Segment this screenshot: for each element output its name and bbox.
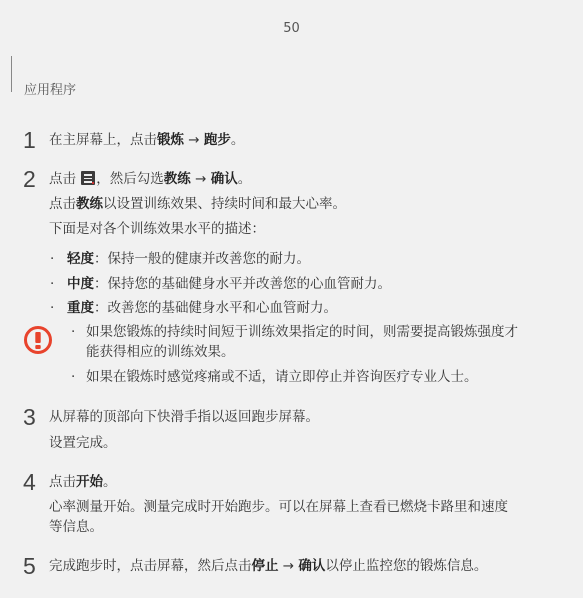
bullet: · — [50, 250, 54, 268]
warning-text: 能获得相应的训练效果。 — [86, 343, 235, 361]
warning-text: 如果在锻炼时感觉疼痛或不适，请立即停止并咨询医疗专业人士。 — [86, 368, 478, 386]
step-number: 4 — [23, 469, 36, 495]
step-text: 点击开始。 — [49, 473, 117, 491]
menu-icon — [81, 171, 95, 185]
arrow: → — [195, 171, 206, 187]
level-desc: ：保持您的基础健身水平并改善您的心血管耐力。 — [94, 276, 391, 292]
text: 点击 — [49, 196, 76, 212]
text: 完成跑步时，点击屏幕，然后点击 — [49, 558, 252, 574]
step-detail: 心率测量开始。测量完成时开始跑步。可以在屏幕上查看已燃烧卡路里和速度 — [49, 498, 508, 516]
ui-term: 停止 — [252, 558, 279, 574]
step-number: 3 — [23, 404, 36, 430]
step-number: 5 — [23, 553, 36, 579]
bullet: · — [50, 299, 54, 317]
step-text: 在主屏幕上，点击锻炼 → 跑步。 — [49, 131, 244, 149]
level-light: 轻度：保持一般的健康并改善您的耐力。 — [67, 250, 310, 268]
bullet: · — [71, 323, 75, 341]
text: 。 — [231, 132, 245, 148]
step-text: 从屏幕的顶部向下快滑手指以返回跑步屏幕。 — [49, 408, 319, 426]
level-desc: ：保持一般的健康并改善您的耐力。 — [94, 251, 310, 267]
text: 以停止监控您的锻炼信息。 — [325, 558, 487, 574]
ui-term: 确认 — [298, 558, 325, 574]
text: 点击 — [49, 171, 76, 187]
step-number: 1 — [23, 127, 36, 153]
section-divider — [11, 56, 12, 92]
ui-term: 开始 — [76, 474, 103, 490]
warning-text: 如果您锻炼的持续时间短于训练效果指定的时间，则需要提高锻炼强度才 — [86, 323, 518, 341]
step-detail: 下面是对各个训练效果水平的描述： — [49, 220, 265, 238]
level-desc: ：改善您的基础健身水平和心血管耐力。 — [94, 300, 337, 316]
text: 点击 — [49, 474, 76, 490]
ui-term: 锻炼 — [157, 132, 184, 148]
warning-icon — [23, 325, 53, 355]
step-text: 点击 ，然后勾选教练 → 确认。 — [49, 170, 251, 188]
arrow: → — [283, 558, 294, 574]
ui-term: 教练 — [164, 171, 191, 187]
ui-term: 确认 — [211, 171, 238, 187]
step-text: 完成跑步时，点击屏幕，然后点击停止 → 确认以停止监控您的锻炼信息。 — [49, 557, 487, 575]
step-detail: 点击教练以设置训练效果、持续时间和最大心率。 — [49, 195, 346, 213]
ui-term: 跑步 — [204, 132, 231, 148]
bullet: · — [71, 368, 75, 386]
level-name: 重度 — [67, 300, 94, 316]
level-medium: 中度：保持您的基础健身水平并改善您的心血管耐力。 — [67, 275, 391, 293]
arrow: → — [188, 132, 199, 148]
level-heavy: 重度：改善您的基础健身水平和心血管耐力。 — [67, 299, 337, 317]
text: ，然后勾选 — [96, 171, 164, 187]
text: 。 — [238, 171, 252, 187]
page-number: 50 — [0, 21, 583, 36]
text: 在主屏幕上，点击 — [49, 132, 157, 148]
level-name: 中度 — [67, 276, 94, 292]
step-detail: 设置完成。 — [49, 434, 117, 452]
step-detail: 等信息。 — [49, 518, 103, 536]
text: 。 — [103, 474, 117, 490]
text: 以设置训练效果、持续时间和最大心率。 — [103, 196, 346, 212]
ui-term: 教练 — [76, 196, 103, 212]
level-name: 轻度 — [67, 251, 94, 267]
step-number: 2 — [23, 166, 36, 192]
section-title: 应用程序 — [24, 79, 76, 98]
bullet: · — [50, 275, 54, 293]
